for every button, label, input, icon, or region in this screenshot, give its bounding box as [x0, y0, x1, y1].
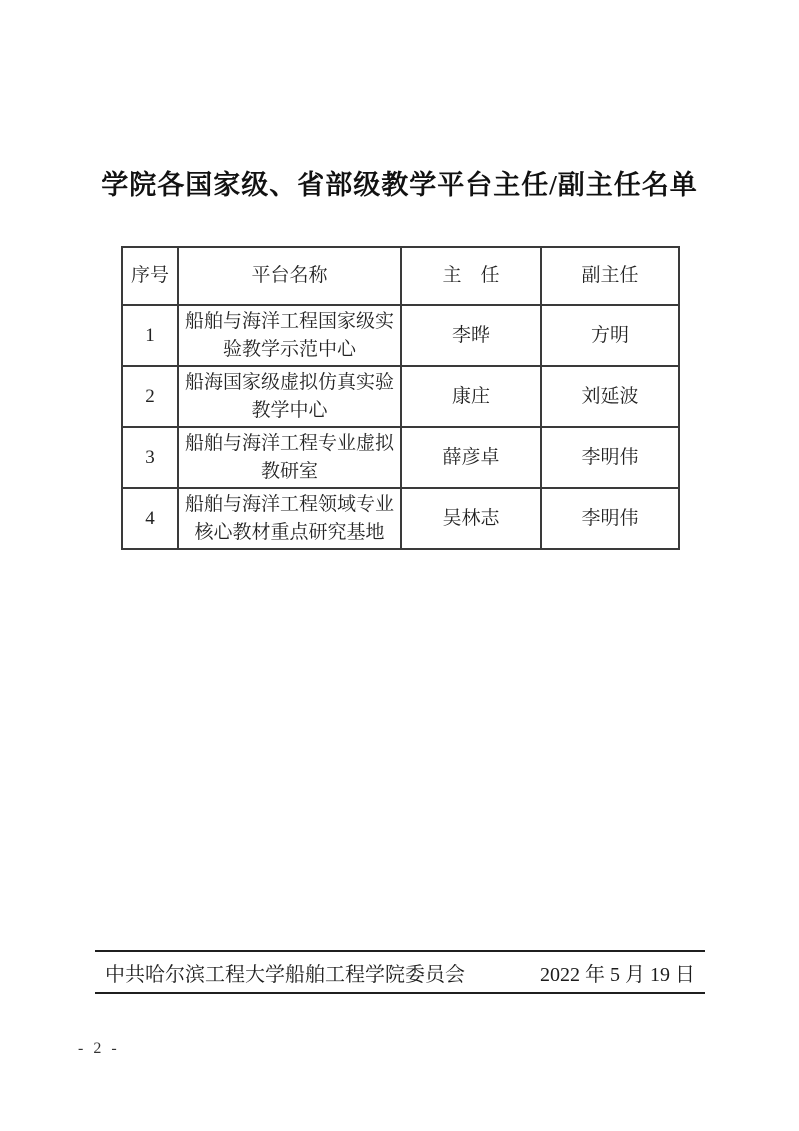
row-number: 3 — [122, 427, 178, 488]
header-platform: 平台名称 — [178, 247, 401, 305]
row-number: 1 — [122, 305, 178, 366]
row-number: 4 — [122, 488, 178, 549]
deputy-director-name: 李明伟 — [541, 488, 679, 549]
deputy-director-name: 方明 — [541, 305, 679, 366]
platform-name: 船舶与海洋工程专业虚拟教研室 — [178, 427, 401, 488]
table-header-row: 序号 平台名称 主 任 副主任 — [122, 247, 679, 305]
deputy-director-name: 李明伟 — [541, 427, 679, 488]
row-number: 2 — [122, 366, 178, 427]
table-row: 2 船海国家级虚拟仿真实验教学中心 康庄 刘延波 — [122, 366, 679, 427]
page-number: - 2 - — [78, 1040, 120, 1058]
table-row: 4 船舶与海洋工程领域专业核心教材重点研究基地 吴林志 李明伟 — [122, 488, 679, 549]
table-row: 3 船舶与海洋工程专业虚拟教研室 薛彦卓 李明伟 — [122, 427, 679, 488]
table-row: 1 船舶与海洋工程国家级实验教学示范中心 李晔 方明 — [122, 305, 679, 366]
director-name: 康庄 — [401, 366, 541, 427]
issue-date: 2022 年 5 月 19 日 — [540, 958, 695, 987]
director-name: 薛彦卓 — [401, 427, 541, 488]
header-no: 序号 — [122, 247, 178, 305]
director-name: 吴林志 — [401, 488, 541, 549]
document-page: 学院各国家级、省部级教学平台主任/副主任名单 序号 平台名称 主 任 副主任 1… — [0, 0, 799, 1131]
platform-name: 船舶与海洋工程国家级实验教学示范中心 — [178, 305, 401, 366]
platform-name: 船海国家级虚拟仿真实验教学中心 — [178, 366, 401, 427]
header-deputy: 副主任 — [541, 247, 679, 305]
deputy-director-name: 刘延波 — [541, 366, 679, 427]
page-title: 学院各国家级、省部级教学平台主任/副主任名单 — [0, 163, 799, 202]
platform-table: 序号 平台名称 主 任 副主任 1 船舶与海洋工程国家级实验教学示范中心 李晔 … — [121, 246, 680, 550]
signature-footer: 中共哈尔滨工程大学船舶工程学院委员会 2022 年 5 月 19 日 — [95, 950, 705, 994]
platform-name: 船舶与海洋工程领域专业核心教材重点研究基地 — [178, 488, 401, 549]
director-name: 李晔 — [401, 305, 541, 366]
header-director: 主 任 — [401, 247, 541, 305]
committee-name: 中共哈尔滨工程大学船舶工程学院委员会 — [105, 958, 465, 987]
